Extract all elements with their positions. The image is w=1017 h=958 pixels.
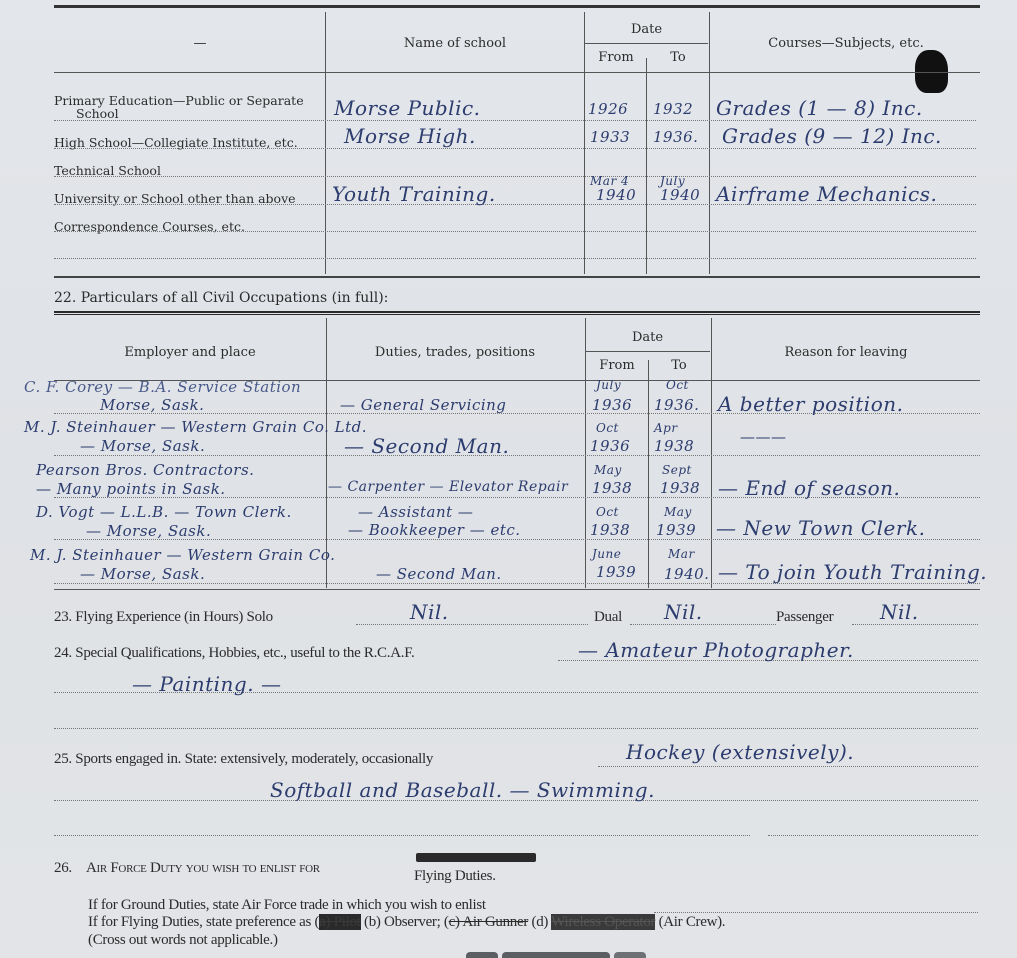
occ-5-duties: — Second Man.: [376, 565, 502, 583]
occ-3-duties: — Carpenter — Elevator Repair: [328, 479, 568, 495]
high-school-name: Morse High.: [344, 124, 476, 148]
flying-passenger-value: Nil.: [880, 600, 919, 624]
occ-4-to-month: May: [664, 505, 692, 519]
occ-1-employer: C. F. Corey — B.A. Service Station: [24, 378, 301, 396]
flying-passenger-label: Passenger: [776, 609, 833, 626]
occ-1-place: Morse, Sask.: [100, 396, 204, 414]
flying-experience-label: 23. Flying Experience (in Hours) Solo: [54, 609, 273, 626]
occ-5-from: 1939: [596, 563, 636, 581]
occ-2-place: — Morse, Sask.: [80, 437, 205, 455]
education-header-rule: [54, 72, 980, 73]
occ-3-reason: — End of season.: [718, 476, 900, 500]
viewer-scroll-thumb[interactable]: [502, 952, 610, 958]
occupations-to-col-header: To: [650, 358, 708, 373]
occ-2-from: 1936: [590, 437, 630, 455]
duty-label: Air Force Duty you wish to enlist for: [86, 860, 320, 877]
sports-value-2: Softball and Baseball. — Swimming.: [270, 778, 655, 802]
occ-2-duties: — Second Man.: [344, 434, 509, 458]
dotted-line: [54, 231, 976, 232]
university-to: 1940: [660, 186, 700, 204]
occ-date-header-divider: [586, 351, 710, 352]
occ-1-reason: A better position.: [718, 392, 903, 416]
occ-2-employer: M. J. Steinhauer — Western Grain Co. Ltd…: [24, 418, 367, 436]
dotted-line: [54, 455, 980, 456]
high-from: 1933: [590, 128, 630, 146]
occ-4-place: — Morse, Sask.: [86, 522, 211, 540]
dotted-line: [356, 624, 588, 625]
redacted-ground-duties: [416, 853, 536, 862]
viewer-control-left[interactable]: [466, 952, 498, 958]
occ-vline-3: [648, 360, 649, 588]
occ-2-reason: ———: [740, 428, 787, 446]
occ-4-employer: D. Vogt — L.L.B. — Town Clerk.: [36, 503, 292, 521]
education-vline-2: [584, 12, 585, 274]
occ-3-employer: Pearson Bros. Contractors.: [36, 461, 254, 479]
education-vline-1: [325, 12, 326, 274]
option-b-observer: (b) Observer; (: [364, 914, 449, 930]
flying-dual-value: Nil.: [664, 600, 703, 624]
high-courses: Grades (9 — 12) Inc.: [722, 124, 942, 148]
dotted-line: [54, 258, 976, 259]
education-to-col-header: To: [650, 50, 706, 65]
qualifications-value-1: — Amateur Photographer.: [578, 638, 854, 662]
ground-duties-line: If for Ground Duties, state Air Force tr…: [88, 897, 486, 914]
dotted-line: [54, 120, 976, 121]
occ-5-employer: M. J. Steinhauer — Western Grain Co.: [30, 546, 335, 564]
cross-out-note: (Cross out words not applicable.): [88, 932, 278, 949]
education-vline-4: [709, 12, 710, 274]
option-c-air-gunner-struck: c) Air Gunner: [449, 914, 528, 930]
education-vline-3: [646, 58, 647, 274]
duty-value: Flying Duties.: [414, 868, 496, 885]
education-from-col-header: From: [590, 50, 642, 65]
date-header-divider: [584, 43, 708, 44]
occ-5-from-month: June: [592, 547, 621, 561]
occ-1-to-month: Oct: [666, 378, 689, 392]
option-d-prefix: (d): [532, 914, 549, 930]
occ-4-duties: — Assistant —: [358, 503, 473, 521]
education-bottom-rule: [54, 276, 980, 278]
dotted-line: [630, 624, 776, 625]
flying-dual-label: Dual: [594, 609, 622, 626]
sports-value-1: Hockey (extensively).: [626, 740, 854, 764]
duties-col-header: Duties, trades, positions: [326, 345, 584, 360]
viewer-control-right[interactable]: [614, 952, 646, 958]
dotted-line: [598, 766, 978, 767]
occ-2-to: 1938: [654, 437, 694, 455]
option-a-pilot-struck: a) Pilot: [319, 914, 360, 930]
flying-solo-value: Nil.: [410, 600, 449, 624]
education-date-col-header: Date: [584, 22, 709, 37]
occ-vline-2: [585, 318, 586, 588]
occ-5-to-month: Mar: [668, 547, 695, 561]
occ-3-to-month: Sept: [662, 463, 692, 477]
occ-3-place: — Many points in Sask.: [36, 480, 226, 498]
occ-1-to: 1936.: [654, 396, 699, 414]
occ-4-from: 1938: [590, 521, 630, 539]
occ-vline-4: [711, 318, 712, 588]
education-courses-col-header: Courses—Subjects, etc.: [712, 36, 980, 51]
university-courses: Airframe Mechanics.: [716, 182, 937, 206]
occ-5-to: 1940.: [664, 565, 709, 583]
education-name-col-header: Name of school: [326, 36, 584, 51]
occ-4-duties-2: — Bookkeeper — etc.: [348, 521, 521, 539]
occ-4-from-month: Oct: [596, 505, 619, 519]
duty-number: 26.: [54, 860, 72, 877]
occ-5-reason: — To join Youth Training.: [718, 560, 987, 584]
education-blank-col-header: —: [150, 36, 250, 51]
air-crew-suffix: (Air Crew).: [659, 914, 726, 930]
dotted-line: [654, 912, 978, 913]
occupations-from-col-header: From: [588, 358, 646, 373]
dotted-line: [54, 176, 976, 177]
occ-4-to: 1939: [656, 521, 696, 539]
university-school-name: Youth Training.: [332, 182, 496, 206]
education-row-label-primary-2: School: [76, 106, 119, 121]
occupations-title: 22. Particulars of all Civil Occupations…: [54, 290, 388, 306]
flying-preference-prefix: If for Flying Duties, state preference a…: [88, 914, 319, 930]
top-rule: [54, 5, 980, 8]
occ-4-reason: — New Town Clerk.: [716, 516, 925, 540]
dotted-line: [54, 835, 750, 836]
sports-label: 25. Sports engaged in. State: extensivel…: [54, 751, 433, 768]
occ-3-to: 1938: [660, 479, 700, 497]
dotted-line: [852, 624, 978, 625]
primary-courses: Grades (1 — 8) Inc.: [716, 96, 923, 120]
primary-from: 1926: [588, 100, 628, 118]
high-to: 1936.: [653, 128, 698, 146]
reason-col-header: Reason for leaving: [712, 345, 980, 360]
university-from: 1940: [596, 186, 636, 204]
qualifications-label: 24. Special Qualifications, Hobbies, etc…: [54, 645, 415, 662]
occupations-title-rule: [54, 311, 980, 315]
qualifications-value-2: — Painting. —: [132, 672, 281, 696]
occ-1-from: 1936: [592, 396, 632, 414]
dotted-line: [54, 148, 976, 149]
primary-school-name: Morse Public.: [334, 96, 481, 120]
option-d-wireless-operator-struck: Wireless Operator: [551, 914, 655, 930]
dotted-line: [768, 835, 978, 836]
primary-to: 1932: [653, 100, 693, 118]
flying-preference-line: If for Flying Duties, state preference a…: [88, 914, 725, 931]
enlistment-form-page: — Name of school Date From To Courses—Su…: [0, 0, 1017, 958]
occ-1-from-month: July: [596, 378, 621, 392]
occ-5-place: — Morse, Sask.: [80, 565, 205, 583]
employer-col-header: Employer and place: [54, 345, 326, 360]
occ-1-duties: — General Servicing: [340, 396, 506, 414]
occupations-bottom-rule: [54, 589, 980, 590]
occ-2-to-month: Apr: [654, 421, 678, 435]
dotted-line: [54, 728, 978, 729]
occ-2-from-month: Oct: [596, 421, 619, 435]
occ-3-from-month: May: [594, 463, 622, 477]
occ-3-from: 1938: [592, 479, 632, 497]
occupations-date-col-header: Date: [584, 330, 711, 345]
